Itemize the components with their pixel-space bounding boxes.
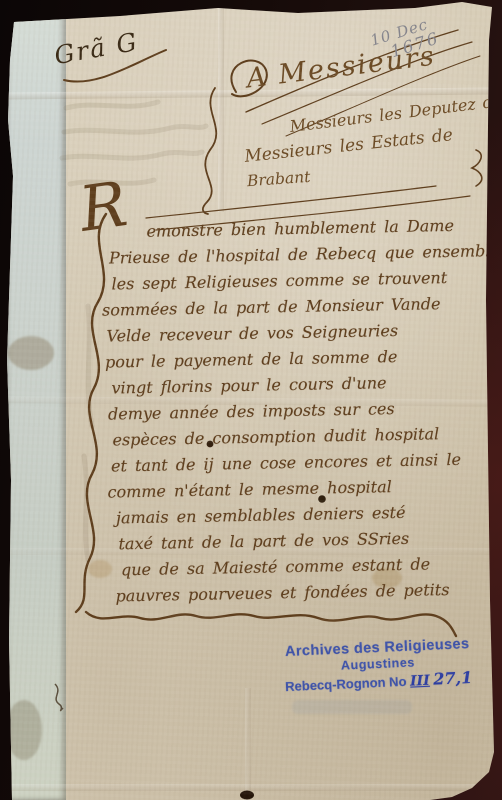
photo-frame: Grã G 10 Dec 1676 A Messieurs Messieurs … (0, 0, 502, 800)
paper-strip-fold (6, 0, 66, 800)
manuscript-paper: Grã G 10 Dec 1676 A Messieurs Messieurs … (0, 0, 502, 800)
fold-crease-horizontal-4 (8, 784, 494, 791)
archive-stamp: Archives des Religieuses Augustines Rebe… (275, 636, 481, 696)
stain-blue-offset (292, 700, 412, 714)
stamp-line-3-prefix: Rebecq-Rognon No (285, 674, 407, 694)
body-text: emonstre bien humblement la Dame Prieuse… (100, 212, 487, 609)
stamp-number-roman: III (410, 673, 430, 690)
stamp-number-rest: 27,1 (433, 668, 473, 689)
bottom-squiggle-flourish (86, 612, 456, 636)
address-bracket-flourish (203, 88, 216, 214)
fold-crease-vertical-1 (218, 8, 224, 212)
fold-crease-vertical-2 (245, 688, 251, 800)
address-salutation: A Messieurs (245, 41, 438, 95)
address-line-3: Brabant (246, 168, 311, 190)
right-margin-squiggle (472, 150, 482, 186)
address-line-1: Messieurs les Deputez de (289, 91, 502, 136)
address-line-2: Messieurs les Estats de (244, 125, 454, 167)
ink-blot-bottom (240, 791, 254, 800)
